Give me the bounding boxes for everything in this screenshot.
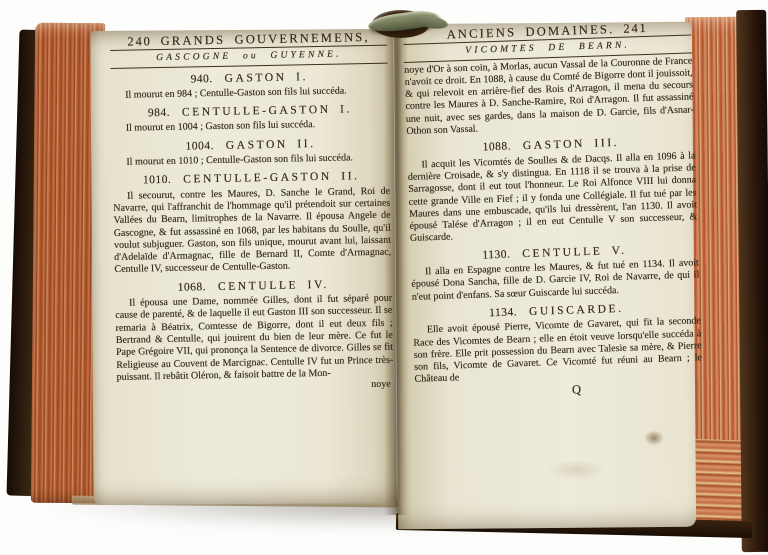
entry-body: Il mourut en 1010 ; Centulle-Gaston son …	[112, 152, 389, 170]
entry-body: Elle avoit épousé Pierre, Vicomte de Gav…	[413, 316, 703, 387]
entry: 1004. GASTON II. Il mourut en 1010 ; Cen…	[112, 136, 389, 169]
paper-stain	[644, 430, 664, 446]
entry: 1088. GASTON III. Il acquit les Vicomtés…	[407, 135, 698, 246]
entry-year: 1134.	[489, 306, 517, 319]
right-page-text: ANCIENS DOMAINES. 241 VICOMTES DE BEARN.…	[403, 20, 703, 400]
entry: 1068. CENTULLE IV. Il épousa une Dame, n…	[115, 277, 394, 384]
entry-body: Il alla en Espagne contre les Maures, & …	[411, 257, 700, 303]
continuation-paragraph: noye d'Or à son coin, à Morlas, aucun Va…	[404, 55, 694, 138]
entry-body: Il épousa une Dame, nommée Gilles, dont …	[115, 293, 394, 384]
entry-name: GUISCARDE.	[529, 303, 624, 318]
entry-name: GASTON II.	[226, 138, 316, 152]
entry-year: 940.	[191, 73, 213, 85]
entry-heading: 1004. GASTON II.	[112, 136, 389, 154]
paper-stain-faint	[548, 460, 604, 480]
entry-year: 1068.	[178, 281, 207, 294]
entry-heading: 1068. CENTULLE IV.	[115, 277, 392, 295]
left-running-title: GRANDS GOUVERNEMENS,	[161, 31, 370, 47]
entry-year: 1088.	[482, 141, 511, 154]
entry-body: Il acquit les Vicomtés de Soulles & de D…	[407, 150, 698, 246]
entry-heading: 984. CENTULLE-GASTON I.	[111, 103, 388, 121]
book-photo: 240 GRANDS GOUVERNEMENS, GASCOGNE ou GUY…	[0, 0, 768, 555]
entry-body: Il secourut, contre les Maures, D. Sanch…	[113, 185, 392, 276]
entry: 1130. CENTULLE V. Il alla en Espagne con…	[410, 242, 700, 304]
entry-name: GASTON I.	[225, 71, 309, 85]
left-page-number: 240	[127, 35, 151, 48]
entry-body: Il mourut en 984 ; Centulle-Gaston son f…	[111, 85, 388, 103]
entry-year: 1004.	[185, 140, 214, 153]
entry-body: Il mourut en 1004 ; Gaston son fils lui …	[112, 118, 389, 136]
entry: 1010. CENTULLE-GASTON II. Il secourut, c…	[113, 170, 392, 277]
entry-name: GASTON III.	[523, 137, 620, 152]
entry-year: 984.	[148, 107, 170, 119]
right-page-number: 241	[623, 22, 648, 35]
left-page-text: 240 GRANDS GOUVERNEMENS, GASCOGNE ou GUY…	[110, 31, 394, 397]
entry-name: CENTULLE-GASTON II.	[183, 171, 360, 186]
right-cover-board	[736, 10, 768, 552]
entry-year: 1010.	[143, 174, 172, 187]
entry-name: CENTULLE IV.	[218, 279, 329, 293]
entry-year: 1130.	[482, 248, 510, 261]
entry: 940. GASTON I. Il mourut en 984 ; Centul…	[111, 69, 388, 102]
entry-heading: 940. GASTON I.	[111, 69, 388, 87]
entry-name: CENTULLE-GASTON I.	[182, 104, 352, 119]
entry-name: CENTULLE V.	[522, 244, 627, 259]
entry: 984. CENTULLE-GASTON I. Il mourut en 100…	[111, 103, 388, 136]
entry-heading: 1010. CENTULLE-GASTON II.	[113, 170, 390, 188]
entry: 1134. GUISCARDE. Elle avoit épousé Pierr…	[412, 300, 702, 386]
